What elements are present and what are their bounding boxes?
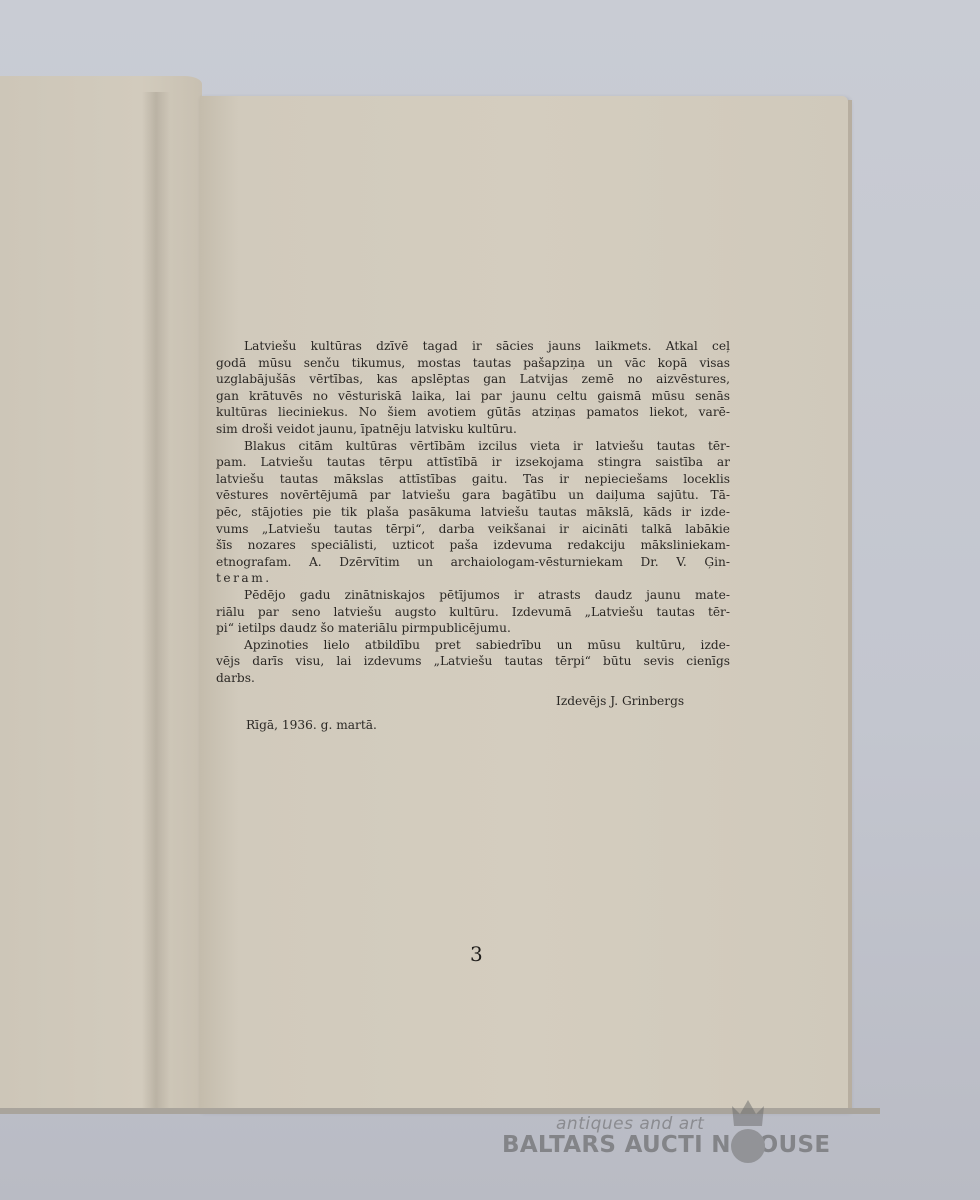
text-line: etnografam. A. Dzērvītim un archaiologam… (216, 554, 730, 571)
text-line: pēc, stājoties pie tik plaša pasākuma la… (216, 504, 730, 521)
page-edge (848, 100, 852, 1108)
text-line: vēstures novērtējumā par latviešu gara b… (216, 487, 730, 504)
publisher-signature: Izdevējs J. Grinbergs (556, 694, 684, 708)
text-line: pi“ ietilps daudz šo materiālu pirmpubli… (216, 620, 730, 637)
crown-logo-icon (728, 1098, 768, 1170)
paragraph-1: Latviešu kultūras dzīvē tagad ir sācies … (216, 338, 730, 438)
paragraph-4: Apzinoties lielo atbildību pret sabiedrī… (216, 637, 730, 687)
text-line: gan krātuvēs no vēsturiskā laika, lai pa… (216, 388, 730, 405)
paragraph-3: Pēdējo gadu zinātniskajos pētījumos ir a… (216, 587, 730, 637)
watermark: antiques and art BALTARS AUCTI N HOUSE (500, 1104, 900, 1174)
watermark-brand: BALTARS AUCTI N HOUSE (502, 1132, 830, 1158)
text-line: Blakus citām kultūras vērtībām izcilus v… (216, 438, 730, 455)
place-date: Rīgā, 1936. g. martā. (246, 718, 377, 732)
book-gutter (142, 92, 170, 1110)
text-line: Apzinoties lielo atbildību pret sabiedrī… (216, 637, 730, 654)
text-line: vums „Latviešu tautas tērpi“, darba veik… (216, 521, 730, 538)
page-number: 3 (470, 942, 483, 966)
text-line: pam. Latviešu tautas tērpu attīstībā ir … (216, 454, 730, 471)
text-line: vējs darīs visu, lai izdevums „Latviešu … (216, 653, 730, 670)
text-line: kultūras lieciniekus. No šiem avotiem gū… (216, 404, 730, 421)
text-line: Pēdējo gadu zinātniskajos pētījumos ir a… (216, 587, 730, 604)
text-line: latviešu tautas mākslas attīstības gaitu… (216, 471, 730, 488)
left-page (0, 76, 202, 1110)
text-line: sim droši veidot jaunu, īpatnēju latvisk… (216, 421, 730, 438)
text-line: šīs nozares speciālisti, uzticot paša iz… (216, 537, 730, 554)
text-line: darbs. (216, 670, 730, 687)
text-line: Latviešu kultūras dzīvē tagad ir sācies … (216, 338, 730, 355)
text-line: godā mūsu senču tikumus, mostas tautas p… (216, 355, 730, 372)
watermark-tagline: antiques and art (556, 1114, 704, 1134)
text-line: teram. (216, 570, 730, 587)
paragraph-2: Blakus citām kultūras vērtībām izcilus v… (216, 438, 730, 587)
text-line: uzglabājušās vērtības, kas apslēptas gan… (216, 371, 730, 388)
text-line: riālu par seno latviešu augsto kultūru. … (216, 604, 730, 621)
foreword-text: Latviešu kultūras dzīvē tagad ir sācies … (216, 338, 730, 686)
